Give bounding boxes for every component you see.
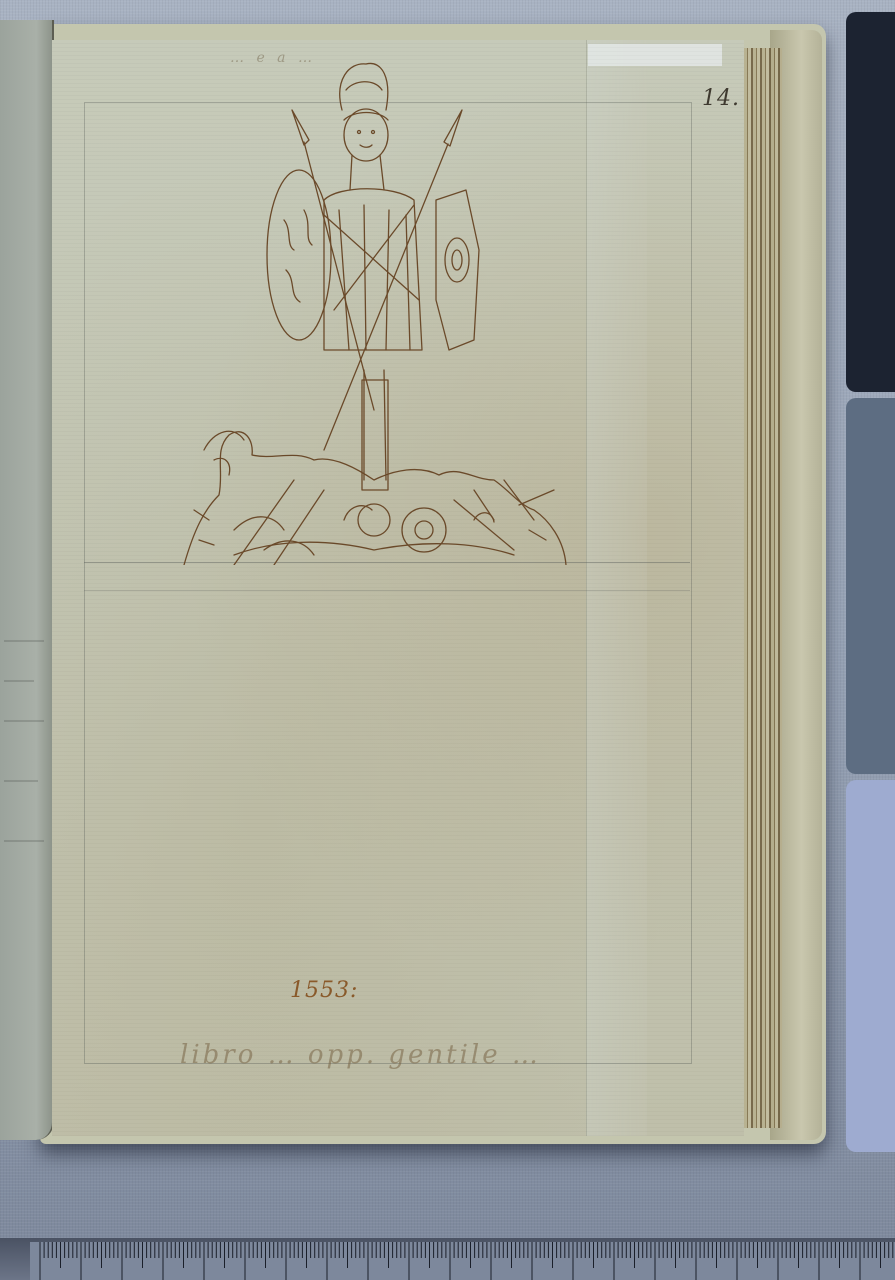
- right-shield: [436, 190, 479, 350]
- ruler-scale: [30, 1242, 895, 1280]
- frame-divider-faint: [84, 590, 690, 591]
- bottom-inscription: libro … opp. gentile …: [180, 1040, 720, 1070]
- face: [344, 109, 388, 161]
- bleed-through-line: [4, 720, 44, 722]
- frame-divider: [84, 562, 690, 563]
- date-inscription: 1553:: [290, 978, 358, 1003]
- color-swatch-white: [846, 780, 895, 1152]
- trophy-of-arms: [184, 432, 566, 565]
- color-swatch-grey: [846, 398, 895, 774]
- mounted-slip: [586, 40, 647, 1136]
- left-page: [0, 20, 54, 1140]
- bleed-through-line: [4, 680, 34, 682]
- color-swatch-black: [846, 12, 895, 392]
- robe: [324, 189, 422, 350]
- pen-drawing-minerva: [174, 50, 574, 565]
- ruled-frame: [84, 102, 692, 1064]
- bleed-through-line: [4, 840, 44, 842]
- recto-page: … e a … 14.: [52, 40, 744, 1136]
- bleed-through-line: [4, 780, 38, 782]
- ruler-ticks: [30, 1242, 895, 1280]
- bleed-through-line: [4, 640, 44, 642]
- left-shield: [267, 170, 331, 340]
- left-spear: [292, 110, 374, 410]
- page-stack-edge: [742, 48, 782, 1128]
- paper-tab: [588, 44, 722, 66]
- folio-number: 14.: [702, 86, 740, 111]
- top-inscription: … e a …: [230, 50, 316, 66]
- helmet-crest: [340, 63, 388, 110]
- right-spear: [324, 110, 462, 450]
